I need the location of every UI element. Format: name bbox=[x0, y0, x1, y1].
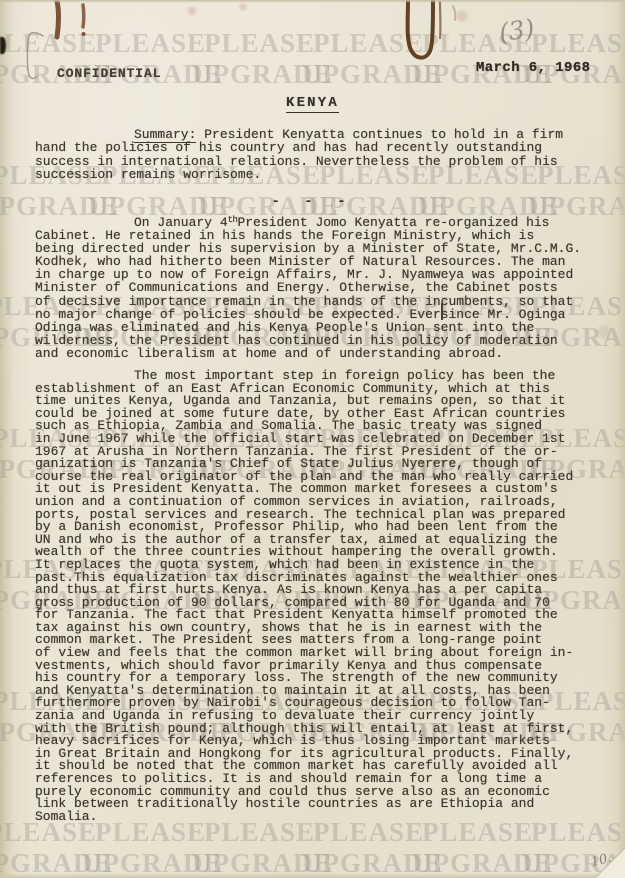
text-line: wilderness, the President has continued … bbox=[35, 334, 595, 347]
text-line: no major change of policies should be ex… bbox=[35, 308, 595, 321]
corner-fold-icon bbox=[595, 846, 625, 878]
paragraph-economic-community: The most important step in foreign polic… bbox=[35, 370, 595, 823]
pencil-bracket-mark-icon bbox=[15, 28, 55, 86]
watermark-word: PLEASE bbox=[95, 28, 206, 59]
document-title-row: KENYA bbox=[0, 93, 625, 111]
paper-edge-bottom bbox=[0, 873, 625, 878]
watermark-word: UPGRADE bbox=[192, 59, 333, 90]
text-line: Minister of Communications and Energy. O… bbox=[35, 281, 595, 294]
paper-edge-top bbox=[0, 0, 625, 3]
paper-edge-right bbox=[617, 0, 625, 878]
paperclip-rust-mark-icon bbox=[395, 0, 480, 72]
document-title: KENYA bbox=[286, 95, 339, 113]
text-line: success in international relations. Neve… bbox=[35, 155, 595, 168]
classification-stamp: CONFIDENTIAL bbox=[57, 66, 161, 81]
text-line: and economic liberalism at home and of u… bbox=[35, 347, 595, 360]
watermark-word: PLEASE bbox=[204, 28, 315, 59]
watermark-word: PLEASE bbox=[531, 28, 625, 59]
section-divider: - - - bbox=[0, 194, 625, 210]
text-line: succession remains worrisome. bbox=[35, 168, 595, 181]
rust-streak-left-icon bbox=[50, 0, 95, 45]
superscript-th: th bbox=[228, 215, 238, 225]
watermark-word: PLEASE bbox=[313, 28, 424, 59]
text-line: Somalia. bbox=[35, 811, 595, 824]
document-date: March 6, 1968 bbox=[476, 60, 590, 76]
watermark-word: PLEASE bbox=[422, 28, 533, 59]
watermark-word: UPGRADE bbox=[302, 59, 443, 90]
paragraph1-first-line: On January 4thPresident Jomo Kenyatta re… bbox=[35, 214, 595, 229]
summary-paragraph: Summary: President Kenyatta continues to… bbox=[35, 128, 595, 181]
text-line: of decisive importance remain in the han… bbox=[35, 295, 595, 308]
text-line: Odinga was eliminated and his Kenya Peop… bbox=[35, 321, 595, 334]
text-line: link between traditionally hostile count… bbox=[35, 798, 595, 811]
watermark-word: PLEASE bbox=[0, 28, 97, 59]
text-line: hand the policies of his country and has… bbox=[35, 141, 595, 154]
summary-first-line: Summary: President Kenyatta continues to… bbox=[35, 128, 595, 141]
scanned-document-page: PLEASEUPGRADEPLEASEUPGRADEPLEASEUPGRADEP… bbox=[0, 0, 625, 878]
page-number-annotation: (3) bbox=[497, 14, 536, 48]
edge-ink-blob bbox=[0, 37, 6, 54]
paragraph-cabinet: On January 4thPresident Jomo Kenyatta re… bbox=[35, 214, 595, 360]
